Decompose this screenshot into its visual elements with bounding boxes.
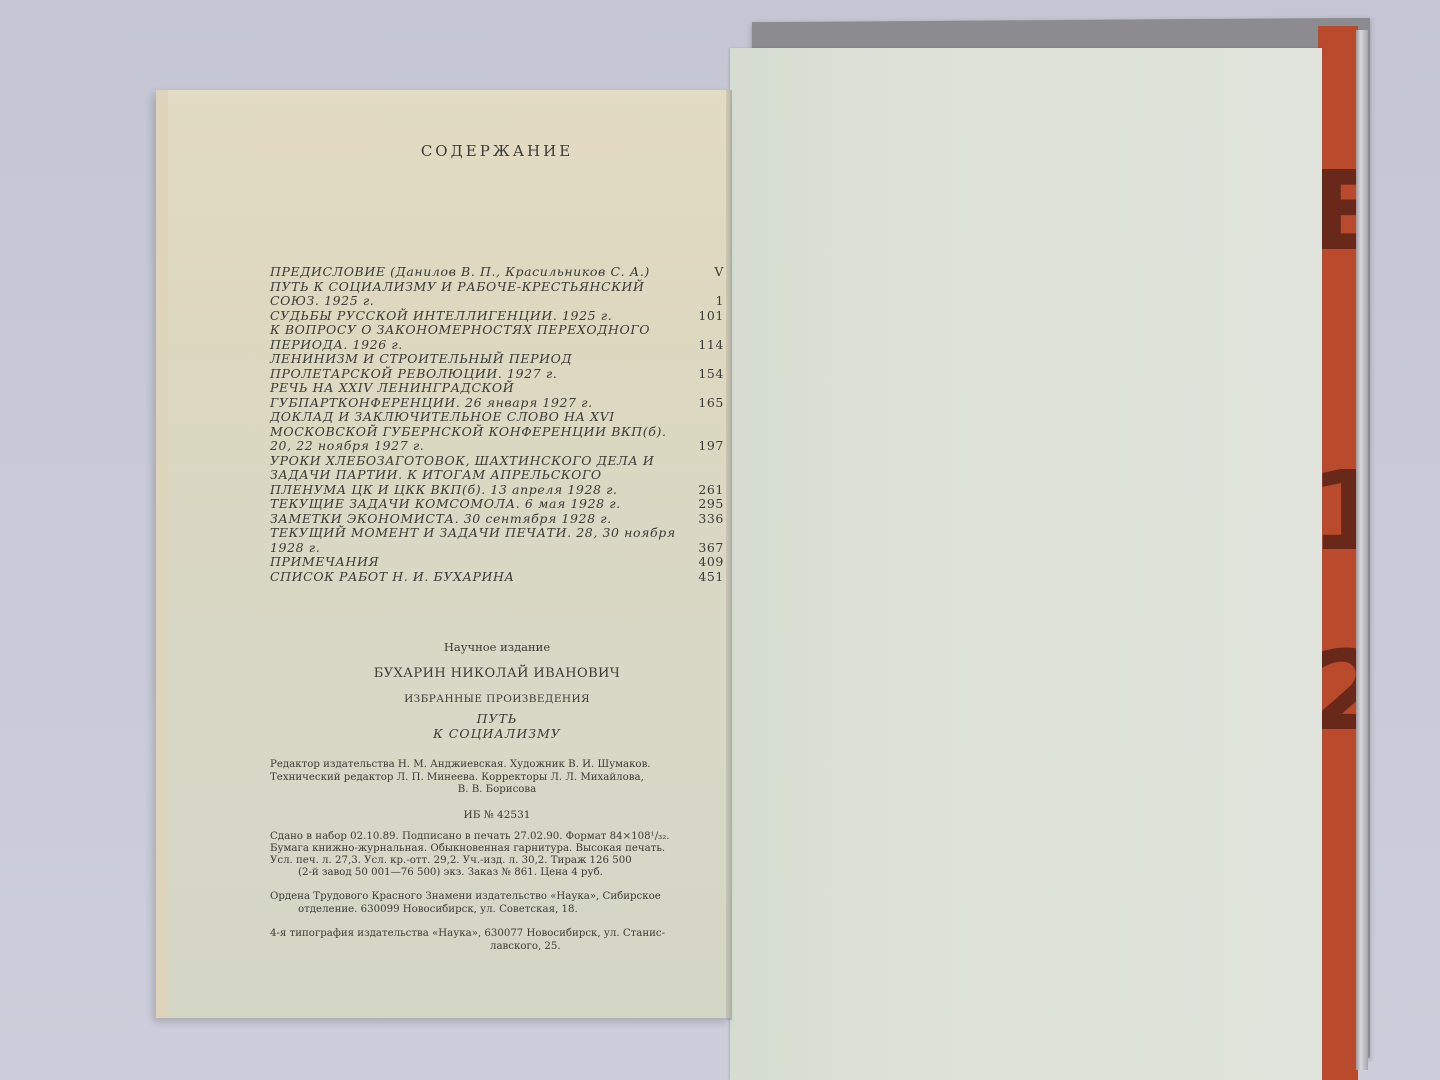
specs-line: Сдано в набор 02.10.89. Подписано в печа… — [270, 831, 724, 843]
toc-entry: ПРЕДИСЛОВИЕ (Данилов В. П., Красильников… — [270, 265, 724, 280]
printer-line: лавского, 25. — [270, 941, 724, 954]
specs-line: Усл. печ. л. 27,3. Усл. кр.-отт. 29,2. У… — [270, 855, 724, 867]
specs-line: (2-й завод 50 001—76 500) экз. Заказ № 8… — [270, 867, 724, 879]
toc-entry: СПИСОК РАБОТ Н. И. БУХАРИНА 451 — [270, 570, 724, 585]
toc-entry-title: ТЕКУЩИЕ ЗАДАЧИ КОМСОМОЛА. 6 мая 1928 г. — [270, 497, 688, 512]
publisher-line: отделение. 630099 Новосибирск, ул. Совет… — [270, 904, 724, 917]
toc-entry-title: ЛЕНИНИЗМ И СТРОИТЕЛЬНЫЙ ПЕРИОД ПРОЛЕТАРС… — [270, 352, 688, 381]
toc-entry: УРОКИ ХЛЕБОЗАГОТОВОК, ШАХТИНСКОГО ДЕЛА И… — [270, 454, 724, 498]
author-name: БУХАРИН НИКОЛАЙ ИВАНОВИЧ — [270, 666, 724, 681]
toc-entry-page: 295 — [688, 497, 724, 512]
cover-letter-glyph: E — [1318, 156, 1358, 266]
toc-entry-page: V — [688, 265, 724, 280]
book-gutter — [726, 90, 732, 1020]
toc-entry: ТЕКУЩИЕ ЗАДАЧИ КОМСОМОЛА. 6 мая 1928 г. … — [270, 497, 724, 512]
edition-kind: Научное издание — [270, 640, 724, 654]
credits-line: Технический редактор Л. П. Минеева. Корр… — [270, 772, 724, 785]
toc-entry-title: ПРЕДИСЛОВИЕ (Данилов В. П., Красильников… — [270, 265, 688, 280]
cover-number-glyph: 24 — [1318, 636, 1358, 746]
toc-entry-title: ДОКЛАД И ЗАКЛЮЧИТЕЛЬНОЕ СЛОВО НА XVI МОС… — [270, 410, 688, 454]
toc-entry-title: РЕЧЬ НА XXIV ЛЕНИНГРАДСКОЙ ГУБПАРТКОНФЕР… — [270, 381, 688, 410]
toc-entry-title: ТЕКУЩИЙ МОМЕНТ И ЗАДАЧИ ПЕЧАТИ. 28, 30 н… — [270, 526, 688, 555]
toc-entry-title: ПУТЬ К СОЦИАЛИЗМУ И РАБОЧЕ-КРЕСТЬЯНСКИЙ … — [270, 280, 688, 309]
table-of-contents: ПРЕДИСЛОВИЕ (Данилов В. П., Красильников… — [270, 265, 724, 584]
toc-entry: ЗАМЕТКИ ЭКОНОМИСТА. 30 сентября 1928 г. … — [270, 512, 724, 527]
toc-entry-title: ПРИМЕЧАНИЯ — [270, 555, 688, 570]
book-cover-red-edge: E 19 24 — [1318, 26, 1358, 1080]
toc-entry: РЕЧЬ НА XXIV ЛЕНИНГРАДСКОЙ ГУБПАРТКОНФЕР… — [270, 381, 724, 410]
toc-entry-page: 114 — [688, 338, 724, 353]
book-cover-edge — [1356, 30, 1368, 1070]
publisher-line: Ордена Трудового Красного Знамени издате… — [270, 891, 724, 904]
toc-entry: СУДЬБЫ РУССКОЙ ИНТЕЛЛИГЕНЦИИ. 1925 г. 10… — [270, 309, 724, 324]
toc-title: СОДЕРЖАНИЕ — [270, 142, 724, 160]
toc-entry-page: 367 — [688, 541, 724, 556]
imprint-block: Научное издание БУХАРИН НИКОЛАЙ ИВАНОВИЧ… — [270, 640, 724, 741]
toc-entry-title: УРОКИ ХЛЕБОЗАГОТОВОК, ШАХТИНСКОГО ДЕЛА И… — [270, 454, 688, 498]
toc-entry: ПРИМЕЧАНИЯ 409 — [270, 555, 724, 570]
toc-entry-title: К ВОПРОСУ О ЗАКОНОМЕРНОСТЯХ ПЕРЕХОДНОГО … — [270, 323, 688, 352]
toc-entry-page: 336 — [688, 512, 724, 527]
left-page: СОДЕРЖАНИЕ ПРЕДИСЛОВИЕ (Данилов В. П., К… — [156, 90, 730, 1018]
credits-line: В. В. Борисова — [270, 784, 724, 797]
print-specs: Сдано в набор 02.10.89. Подписано в печа… — [270, 831, 724, 880]
toc-entry: ПУТЬ К СОЦИАЛИЗМУ И РАБОЧЕ-КРЕСТЬЯНСКИЙ … — [270, 280, 724, 309]
book-title-line-2: К СОЦИАЛИЗМУ — [270, 726, 724, 741]
printer-line: 4-я типография издательства «Наука», 630… — [270, 928, 724, 941]
toc-entry: ДОКЛАД И ЗАКЛЮЧИТЕЛЬНОЕ СЛОВО НА XVI МОС… — [270, 410, 724, 454]
toc-entry-page: 197 — [688, 439, 724, 454]
toc-entry-title: СПИСОК РАБОТ Н. И. БУХАРИНА — [270, 570, 688, 585]
credits-line: Редактор издательства Н. М. Анджиевская.… — [270, 759, 724, 772]
printer-info: 4-я типография издательства «Наука», 630… — [270, 928, 724, 953]
ib-number: ИБ № 42531 — [270, 809, 724, 821]
credits-block: Редактор издательства Н. М. Анджиевская.… — [270, 759, 724, 797]
toc-entry-page: 451 — [688, 570, 724, 585]
toc-entry-title: ЗАМЕТКИ ЭКОНОМИСТА. 30 сентября 1928 г. — [270, 512, 688, 527]
toc-entry-page: 1 — [688, 294, 724, 309]
toc-entry-page: 261 — [688, 483, 724, 498]
toc-entry: ТЕКУЩИЙ МОМЕНТ И ЗАДАЧИ ПЕЧАТИ. 28, 30 н… — [270, 526, 724, 555]
toc-entry-page: 101 — [688, 309, 724, 324]
toc-entry-page: 165 — [688, 396, 724, 411]
toc-entry-title: СУДЬБЫ РУССКОЙ ИНТЕЛЛИГЕНЦИИ. 1925 г. — [270, 309, 688, 324]
toc-entry: ЛЕНИНИЗМ И СТРОИТЕЛЬНЫЙ ПЕРИОД ПРОЛЕТАРС… — [270, 352, 724, 381]
publisher-info: Ордена Трудового Красного Знамени издате… — [270, 891, 724, 916]
specs-line: Бумага книжно-журнальная. Обыкновенная г… — [270, 843, 724, 855]
series-title: ИЗБРАННЫЕ ПРОИЗВЕДЕНИЯ — [270, 693, 724, 705]
cover-number-glyph: 19 — [1318, 456, 1358, 566]
page-content: СОДЕРЖАНИЕ ПРЕДИСЛОВИЕ (Данилов В. П., К… — [270, 142, 724, 953]
toc-entry-page: 154 — [688, 367, 724, 382]
toc-entry-page: 409 — [688, 555, 724, 570]
toc-entry: К ВОПРОСУ О ЗАКОНОМЕРНОСТЯХ ПЕРЕХОДНОГО … — [270, 323, 724, 352]
right-page-endpaper — [730, 48, 1322, 1080]
book-title-line-1: ПУТЬ — [270, 711, 724, 726]
